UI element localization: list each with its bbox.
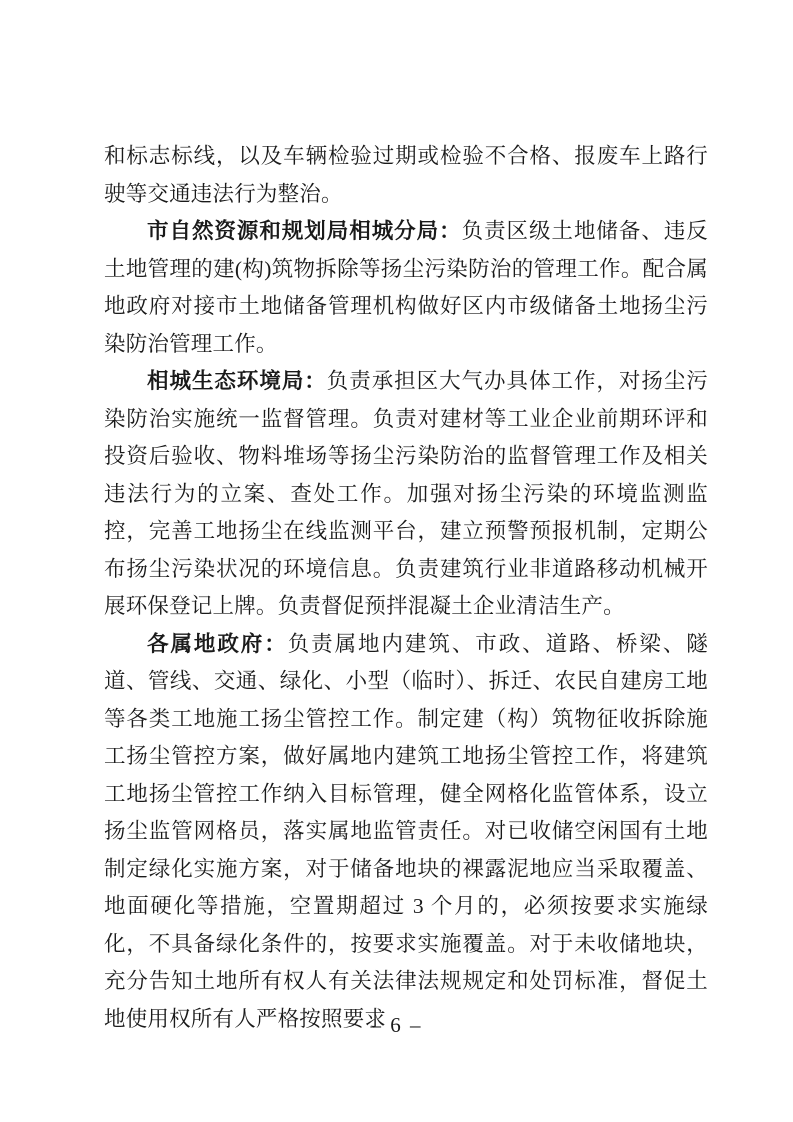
paragraph-local-governments: 各属地政府：负责属地内建筑、市政、道路、桥梁、隧道、管线、交通、绿化、小型（临时…: [104, 626, 708, 1039]
document-page: 和标志标线，以及车辆检验过期或检验不合格、报废车上路行驶等交通违法行为整治。 市…: [0, 0, 793, 1122]
page-number: – 6 –: [371, 1013, 423, 1037]
paragraph-text: 负责属地内建筑、市政、道路、桥梁、隧道、管线、交通、绿化、小型（临时）、拆迁、农…: [104, 632, 708, 1031]
paragraph-label: 各属地政府：: [147, 632, 288, 656]
paragraph-label: 相城生态环境局：: [147, 369, 327, 393]
page-footer: – 6 –: [0, 1010, 793, 1040]
document-body: 和标志标线，以及车辆检验过期或检验不合格、报废车上路行驶等交通违法行为整治。 市…: [104, 138, 708, 1038]
paragraph-text: 负责承担区大气办具体工作，对扬尘污染防治实施统一监督管理。负责对建材等工业企业前…: [104, 369, 708, 618]
paragraph-label: 市自然资源和规划局相城分局：: [147, 219, 462, 243]
paragraph-natural-resources-bureau: 市自然资源和规划局相城分局：负责区级土地储备、违反土地管理的建(构)筑物拆除等扬…: [104, 213, 708, 363]
paragraph-continuation: 和标志标线，以及车辆检验过期或检验不合格、报废车上路行驶等交通违法行为整治。: [104, 138, 708, 213]
paragraph-text: 和标志标线，以及车辆检验过期或检验不合格、报废车上路行驶等交通违法行为整治。: [104, 144, 708, 206]
paragraph-ecology-environment-bureau: 相城生态环境局：负责承担区大气办具体工作，对扬尘污染防治实施统一监督管理。负责对…: [104, 363, 708, 626]
